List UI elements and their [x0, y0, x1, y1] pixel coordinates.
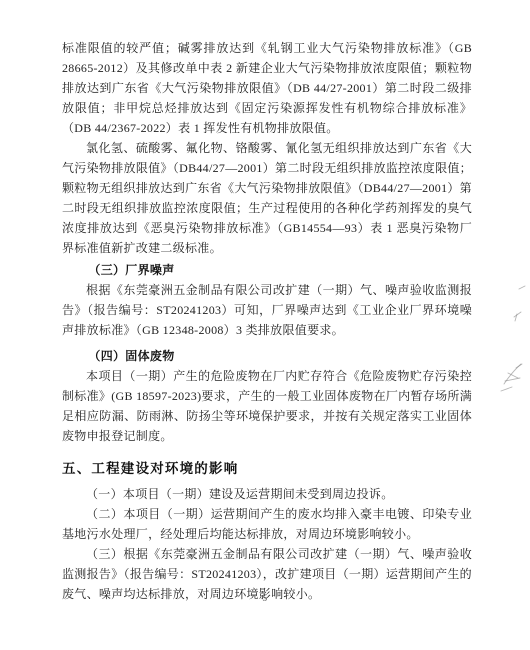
- page-number: 5: [0, 594, 530, 604]
- scanned-document-page: 标准限值的较严值；碱雾排放达到《轧钢工业大气污染物排放标准》（GB 28665-…: [0, 0, 530, 650]
- paragraph-boundary-noise: 根据《东莞豪洲五金制品有限公司改扩建（一期）气、噪声验收监测报告》（报告编号：S…: [62, 280, 472, 340]
- paragraph-solid-waste: 本项目（一期）产生的危险废物在厂内贮存符合《危险废物贮存污染控制标准》(GB 1…: [62, 366, 472, 446]
- section-heading-solid-waste: （四）固体废物: [62, 346, 472, 366]
- chapter-heading-environmental-impact: 五、工程建设对环境的影响: [62, 459, 472, 479]
- section-heading-boundary-noise: （三）厂界噪声: [62, 260, 472, 280]
- paragraph-impact-item-2: （二）本项目（一期）运营期间产生的废水均排入豪丰电镀、印染专业基地污水处理厂，经…: [62, 504, 472, 544]
- paragraph-impact-item-1: （一）本项目（一期）建设及运营期间未受到周边投诉。: [62, 484, 472, 504]
- handwritten-pen-marks-icon: [492, 276, 530, 406]
- paragraph-fugitive-emissions: 氯化氢、硫酸雾、氟化物、铬酸雾、氰化氢无组织排放达到广东省《大气污染物排放限值》…: [62, 138, 472, 258]
- document-text-block: 标准限值的较严值；碱雾排放达到《轧钢工业大气污染物排放标准》（GB 28665-…: [62, 38, 472, 604]
- paragraph-emission-standards: 标准限值的较严值；碱雾排放达到《轧钢工业大气污染物排放标准》（GB 28665-…: [62, 38, 472, 138]
